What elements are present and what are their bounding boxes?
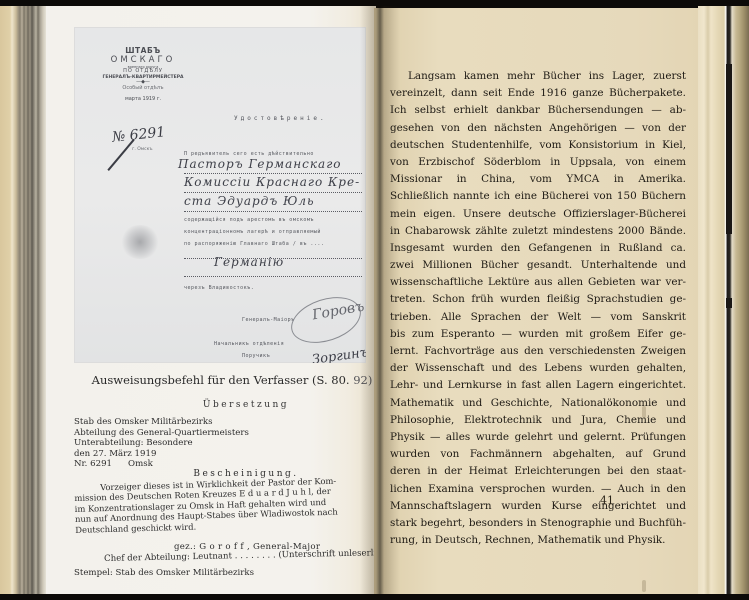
edge-marking: [726, 64, 732, 234]
body-text: Langsam kamen mehr Bücher ins Lager, zue…: [390, 68, 686, 549]
header-line: Stab des Omsker Militärbezirks: [74, 417, 249, 428]
signature: Зоргинъ: [311, 345, 366, 363]
top-shadow: [0, 0, 749, 6]
text-line: stark begehrt, besonders in Stenographie…: [390, 515, 686, 532]
handwritten-line: Германію: [214, 255, 284, 269]
dotted-line: [184, 173, 362, 174]
text-line: der Wissenschaft und des Lebens wurden g…: [390, 360, 686, 377]
text-line: lernt. Fachvorträge aus den verschiedens…: [390, 343, 686, 360]
facsimile-letterhead: ШТАБЪ ОМСКАГО военнаго округа ПО ОТДѢЛУ …: [88, 47, 198, 103]
dotted-line: [184, 276, 362, 277]
text-line: in Chabarowsk zählte zuletzt mindestens …: [390, 223, 686, 240]
typed-line: черезъ Владивостокъ.: [184, 285, 254, 291]
typed-line: содержащійся подъ арестомъ въ омскомъ: [184, 217, 314, 223]
text-line: Physik — alles wurde gelehrt und gelernt…: [390, 429, 686, 446]
header-line: Abteilung des General-Quartiermeisters: [74, 428, 249, 439]
text-line: Missionar in China, vom YMCA in Amerika.: [390, 171, 686, 188]
letterhead-line: Особый отдѣлъ: [88, 86, 198, 92]
text-line: Langsam kamen mehr Bücher ins Lager, zue…: [390, 68, 686, 85]
header-line: Unterabteilung: Besondere: [74, 438, 249, 449]
dotted-line: [184, 211, 362, 212]
letterhead-city: г. Омскъ: [132, 147, 153, 152]
text-line: wurden von Fachmännern abgehalten, auf G…: [390, 446, 686, 463]
text-line: zwei Millionen Bücher gesandt. Unterhalt…: [390, 257, 686, 274]
handwritten-line: Пасторъ Германскаго: [178, 157, 342, 171]
left-page: ШТАБЪ ОМСКАГО военнаго округа ПО ОТДѢЛУ …: [46, 3, 376, 597]
text-line: wissenschaftliche Lektüre aus allen Gebi…: [390, 274, 686, 291]
bottom-shadow: [0, 594, 749, 600]
text-line: Ich selbst erhielt dankbar Büchersendung…: [390, 102, 686, 119]
letterhead-line: ОМСКАГО: [88, 56, 198, 66]
typed-line: по распоряженію Главнаго Штаба / въ ....: [184, 241, 324, 247]
facsimile-title: Удостовѣреніе.: [234, 115, 327, 122]
text-line: rung, in Deutsch, Rechnen, Mathematik un…: [390, 532, 686, 549]
dotted-line: [184, 192, 362, 193]
document-number: Nr. 6291: [74, 459, 112, 469]
left-page-edges: [0, 3, 48, 595]
text-line: deutschen Studentenhilfe, vom Konsistori…: [390, 137, 686, 154]
text-line: Schließlich nannte ich eine Bücherei von…: [390, 188, 686, 205]
text-line: gesehen von den nächsten Angehörigen — v…: [390, 120, 686, 137]
text-line: mein eigen. Unsere deutsche Offizierslag…: [390, 206, 686, 223]
text-line: Insgesamt wurden den Gefangenen in Rußla…: [390, 240, 686, 257]
handwritten-line: ста Эдуардъ Юль: [184, 194, 315, 208]
facsimile-document-photo: ШТАБЪ ОМСКАГО военнаго округа ПО ОТДѢЛУ …: [74, 27, 366, 363]
text-line: vereinzelt, dann seit Ende 1916 ganze Bü…: [390, 85, 686, 102]
letterhead-number: № 6291: [111, 124, 166, 145]
caption-page-ref: 92): [353, 373, 372, 387]
paper-stain: [642, 580, 646, 592]
text-line: deren in der Heimat Erleichterungen bei …: [390, 463, 686, 480]
right-page: Langsam kamen mehr Bücher ins Lager, zue…: [374, 8, 700, 594]
document-city: Omsk: [128, 459, 153, 469]
paper-stain: [642, 406, 646, 418]
letterhead-date: марта 1919 г.: [88, 97, 198, 103]
open-book: ШТАБЪ ОМСКАГО военнаго округа ПО ОТДѢЛУ …: [0, 0, 749, 600]
certificate-chief: Chef der Abteilung: Leutnant . . . . . .…: [104, 548, 390, 564]
certificate-body: Vorzeiger dieses ist in Wirklichkeit der…: [74, 474, 385, 535]
certificate-stamp: Stempel: Stab des Omsker Militärbezirks: [74, 568, 254, 578]
typed-line: концентраціонномъ лагерѣ и отправляемый: [184, 229, 321, 235]
header-line: den 27. März 1919: [74, 449, 249, 460]
caption-text: Ausweisungsbefehl für den Verfasser (S. …: [92, 373, 350, 387]
text-line: bis zum Esperanto — wurden mit großem Ei…: [390, 326, 686, 343]
typed-line: Начальникъ отдѣленія: [214, 341, 284, 347]
ink-stamp: [120, 225, 160, 259]
text-line: von Erzbischof Söderblom in Uppsala, von…: [390, 154, 686, 171]
text-line: Lehr- und Lernkurse in fast allen Lagern…: [390, 377, 686, 394]
page-number: 41: [600, 494, 614, 507]
typed-line: Генералъ-Маіоръ: [242, 317, 295, 323]
translation-heading: Übersetzung: [106, 400, 386, 410]
typed-line: Поручикъ: [242, 353, 270, 359]
right-page-edges: [698, 6, 749, 596]
text-line: trieben. Alle Sprachen der Welt — vom Sa…: [390, 309, 686, 326]
edge-marking: [726, 298, 732, 308]
text-line: Mannschaftslagern wurden Kurse eingerich…: [390, 498, 686, 515]
translation-header: Stab des Omsker Militärbezirks Abteilung…: [74, 417, 249, 470]
text-line: lichen Examina versprochen wurden. — Auc…: [390, 481, 686, 498]
handwritten-line: Комиссіи Краснаго Кре-: [184, 175, 360, 189]
figure-caption: Ausweisungsbefehl für den Verfasser (S. …: [82, 373, 382, 387]
text-line: treten. Schon früh wurden fleißig Sprach…: [390, 291, 686, 308]
